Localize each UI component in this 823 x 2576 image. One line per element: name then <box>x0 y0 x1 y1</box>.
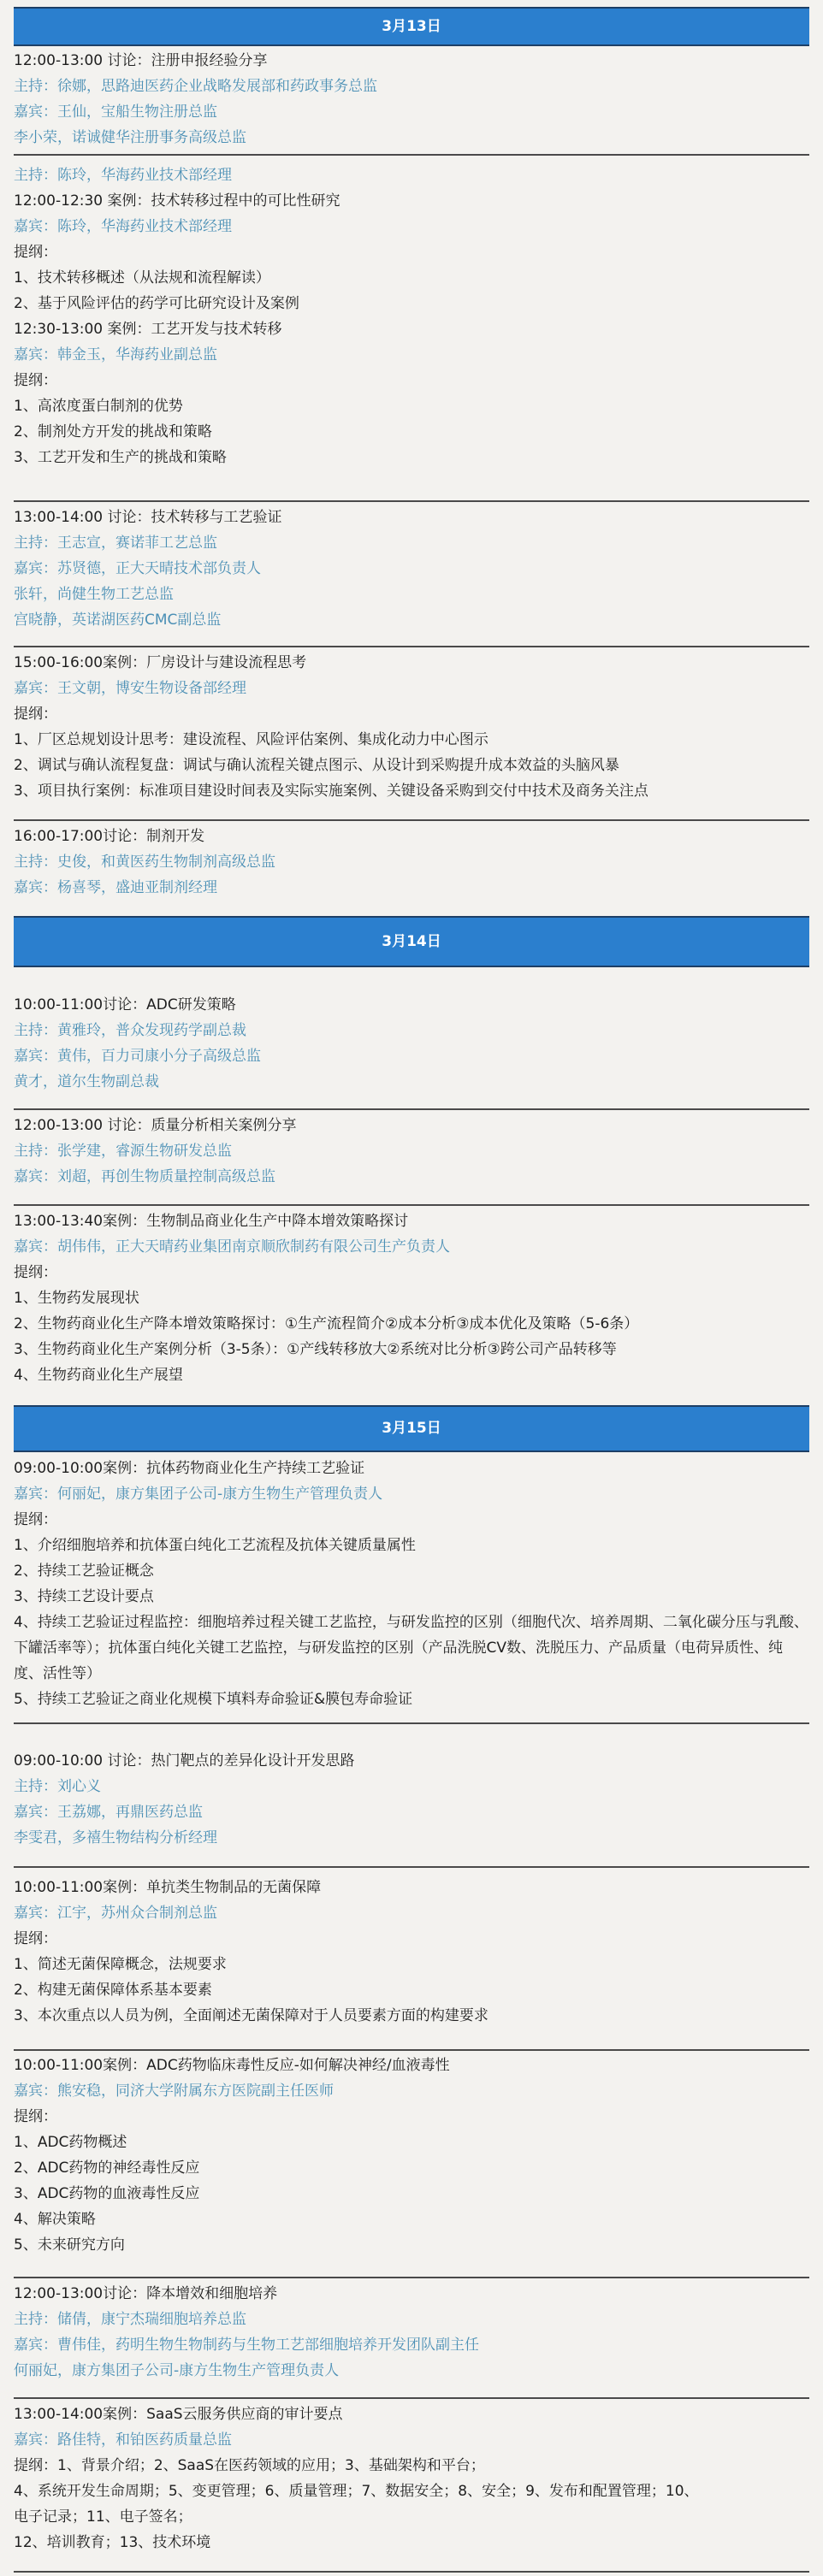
guest-line: 嘉宾：杨喜琴，盛迪亚制剂经理 <box>14 875 809 901</box>
section-divider <box>14 2049 809 2051</box>
outline-item: 4、持续工艺验证过程监控：细胞培养过程关键工艺监控，与研发监控的区别（细胞代次、… <box>14 1610 809 1687</box>
session-hot-target-discussion: 09:00-10:00 讨论：热门靶点的差异化设计开发思路 主持：刘心义 嘉宾：… <box>14 1748 809 1851</box>
guest-line: 张轩，尚健生物工艺总监 <box>14 582 809 607</box>
outline-item: 1、高浓度蛋白制剂的优势 <box>14 393 809 419</box>
session-title: 16:00-17:00讨论：制剂开发 <box>14 824 809 849</box>
guest-line: 嘉宾：路佳特，和铂医药质量总监 <box>14 2427 809 2453</box>
session-title: 10:00-11:00讨论：ADC研发策略 <box>14 992 809 1018</box>
session-tech-transfer-cases: 主持：陈玲，华海药业技术部经理 12:00-12:30 案例：技术转移过程中的可… <box>14 162 809 470</box>
section-divider <box>14 646 809 647</box>
session-title: 15:00-16:00案例：厂房设计与建设流程思考 <box>14 650 809 676</box>
host-line: 主持：王志宣，赛诺菲工艺总监 <box>14 530 809 556</box>
session-registration-discussion: 12:00-13:00 讨论：注册申报经验分享 主持：徐娜，思路迪医药企业战略发… <box>14 48 809 151</box>
outline-item: 3、本次重点以人员为例，全面阐述无菌保障对于人员要素方面的构建要求 <box>14 2003 809 2029</box>
outline-item: 1、简述无菌保障概念，法规要求 <box>14 1952 809 1977</box>
section-divider <box>14 819 809 821</box>
guest-line: 李小荣，诺诚健华注册事务高级总监 <box>14 125 809 151</box>
section-divider <box>14 2571 809 2573</box>
outline-item: 2、基于风险评估的药学可比研究设计及案例 <box>14 291 809 316</box>
outline-item: 3、生物药商业化生产案例分析（3-5条）：①产线转移放大②系统对比分析③跨公司产… <box>14 1337 809 1362</box>
session-adc-strategy-discussion: 10:00-11:00讨论：ADC研发策略 主持：黄雅玲，普众发现药学副总裁 嘉… <box>14 992 809 1095</box>
host-line: 主持：储倩，康宁杰瑞细胞培养总监 <box>14 2307 809 2332</box>
session-title: 13:00-14:00 讨论：技术转移与工艺验证 <box>14 505 809 530</box>
day-header-mar14: 3月14日 <box>14 916 809 967</box>
outline-item: 4、生物药商业化生产展望 <box>14 1362 809 1388</box>
outline-item: 1、ADC药物概述 <box>14 2130 809 2155</box>
guest-line: 嘉宾：苏贤德，正大天晴技术部负责人 <box>14 556 809 582</box>
guest-line: 嘉宾：王文朝，博安生物设备部经理 <box>14 676 809 701</box>
outline-item: 4、系统开发生命周期；5、变更管理；6、质量管理；7、数据安全；8、安全；9、发… <box>14 2479 809 2504</box>
day-header-mar15: 3月15日 <box>14 1405 809 1452</box>
guest-line: 嘉宾：王荔娜，再鼎医药总监 <box>14 1799 809 1825</box>
outline-label: 提纲： <box>14 2104 809 2130</box>
guest-line: 嘉宾：黄伟，百力司康小分子高级总监 <box>14 1043 809 1069</box>
session-quality-analysis-discussion: 12:00-13:00 讨论：质量分析相关案例分享 主持：张学建，睿源生物研发总… <box>14 1113 809 1190</box>
guest-line: 嘉宾：王仙，宝船生物注册总监 <box>14 99 809 125</box>
guest-line: 宫晓静，英诺湖医药CMC副总监 <box>14 607 809 633</box>
session-process-validation-discussion: 13:00-14:00 讨论：技术转移与工艺验证 主持：王志宣，赛诺菲工艺总监 … <box>14 505 809 633</box>
guest-line: 嘉宾：陈玲，华海药业技术部经理 <box>14 214 809 239</box>
session-title: 09:00-10:00 讨论：热门靶点的差异化设计开发思路 <box>14 1748 809 1774</box>
session-title: 12:00-12:30 案例：技术转移过程中的可比性研究 <box>14 188 809 214</box>
section-divider <box>14 500 809 502</box>
host-line: 主持：史俊，和黄医药生物制剂高级总监 <box>14 849 809 875</box>
guest-line: 嘉宾：刘超，再创生物质量控制高级总监 <box>14 1164 809 1190</box>
host-line: 主持：黄雅玲，普众发现药学副总裁 <box>14 1018 809 1043</box>
guest-line: 嘉宾：江宇，苏州众合制剂总监 <box>14 1900 809 1926</box>
section-divider <box>14 2397 809 2399</box>
outline-item: 2、生物药商业化生产降本增效策略探讨：①生产流程简介②成本分析③成本优化及策略（… <box>14 1311 809 1337</box>
outline-item: 12、培训教育；13、技术环境 <box>14 2530 809 2555</box>
outline-item: 2、调试与确认流程复盘：调试与确认流程关键点图示、从设计到采购提升成本效益的头脑… <box>14 753 809 778</box>
session-title: 12:00-13:00讨论：降本增效和细胞培养 <box>14 2281 809 2307</box>
outline-item: 3、项目执行案例：标准项目建设时间表及实际实施案例、关键设备采购到交付中技术及商… <box>14 778 809 804</box>
guest-line: 黄才，道尔生物副总裁 <box>14 1069 809 1095</box>
section-divider <box>14 1866 809 1868</box>
session-title: 12:00-13:00 讨论：质量分析相关案例分享 <box>14 1113 809 1138</box>
outline-item: 1、介绍细胞培养和抗体蛋白纯化工艺流程及抗体关键质量属性 <box>14 1533 809 1558</box>
outline-label: 提纲： <box>14 1260 809 1285</box>
session-plant-design-case: 15:00-16:00案例：厂房设计与建设流程思考 嘉宾：王文朝，博安生物设备部… <box>14 650 809 804</box>
outline-label: 提纲： <box>14 701 809 727</box>
host-line: 主持：刘心义 <box>14 1774 809 1799</box>
guest-line: 嘉宾：熊安稳，同济大学附属东方医院副主任医师 <box>14 2078 809 2104</box>
outline-label: 提纲： <box>14 239 809 265</box>
session-title: 13:00-14:00案例：SaaS云服务供应商的审计要点 <box>14 2402 809 2427</box>
outline-item: 4、解决策略 <box>14 2207 809 2232</box>
session-title: 12:30-13:00 案例：工艺开发与技术转移 <box>14 316 809 342</box>
outline-label: 提纲： <box>14 1507 809 1533</box>
guest-line: 李雯君，多禧生物结构分析经理 <box>14 1825 809 1851</box>
outline-item: 3、ADC药物的血液毒性反应 <box>14 2181 809 2207</box>
day-label: 3月14日 <box>382 933 441 950</box>
host-line: 主持：徐娜，思路迪医药企业战略发展部和药政事务总监 <box>14 74 809 99</box>
session-adc-toxicity-case: 10:00-11:00案例：ADC药物临床毒性反应-如何解决神经/血液毒性 嘉宾… <box>14 2053 809 2258</box>
outline-label: 提纲： <box>14 368 809 393</box>
session-title: 10:00-11:00案例：ADC药物临床毒性反应-如何解决神经/血液毒性 <box>14 2053 809 2078</box>
guest-line: 嘉宾：何丽妃，康方集团子公司-康方生物生产管理负责人 <box>14 1481 809 1507</box>
session-title: 13:00-13:40案例：生物制品商业化生产中降本增效策略探讨 <box>14 1208 809 1234</box>
outline-item: 提纲：1、背景介绍；2、SaaS在医药领域的应用；3、基础架构和平台； <box>14 2453 809 2479</box>
session-title: 09:00-10:00案例：抗体药物商业化生产持续工艺验证 <box>14 1456 809 1481</box>
day-label: 3月15日 <box>382 1420 441 1437</box>
outline-item: 3、持续工艺设计要点 <box>14 1584 809 1610</box>
host-line: 主持：张学建，睿源生物研发总监 <box>14 1138 809 1164</box>
session-saas-audit-case: 13:00-14:00案例：SaaS云服务供应商的审计要点 嘉宾：路佳特，和铂医… <box>14 2402 809 2555</box>
outline-item: 2、构建无菌保障体系基本要素 <box>14 1977 809 2003</box>
outline-item: 1、厂区总规划设计思考：建设流程、风险评估案例、集成化动力中心图示 <box>14 727 809 753</box>
session-cell-culture-discussion: 12:00-13:00讨论：降本增效和细胞培养 主持：储倩，康宁杰瑞细胞培养总监… <box>14 2281 809 2384</box>
section-divider <box>14 154 809 156</box>
session-title: 12:00-13:00 讨论：注册申报经验分享 <box>14 48 809 74</box>
session-cpv-case: 09:00-10:00案例：抗体药物商业化生产持续工艺验证 嘉宾：何丽妃，康方集… <box>14 1456 809 1712</box>
outline-label: 提纲： <box>14 1926 809 1952</box>
section-divider <box>14 1108 809 1110</box>
session-sterility-assurance-case: 10:00-11:00案例：单抗类生物制品的无菌保障 嘉宾：江宇，苏州众合制剂总… <box>14 1875 809 2029</box>
session-cost-reduction-case: 13:00-13:40案例：生物制品商业化生产中降本增效策略探讨 嘉宾：胡伟伟，… <box>14 1208 809 1388</box>
guest-line: 何丽妃，康方集团子公司-康方生物生产管理负责人 <box>14 2358 809 2384</box>
outline-item: 3、工艺开发和生产的挑战和策略 <box>14 445 809 470</box>
outline-item: 电子记录；11、电子签名； <box>14 2504 809 2530</box>
session-formulation-discussion: 16:00-17:00讨论：制剂开发 主持：史俊，和黄医药生物制剂高级总监 嘉宾… <box>14 824 809 901</box>
day-header-mar13: 3月13日 <box>14 7 809 46</box>
host-line: 主持：陈玲，华海药业技术部经理 <box>14 162 809 188</box>
outline-item: 1、技术转移概述（从法规和流程解读） <box>14 265 809 291</box>
session-title: 10:00-11:00案例：单抗类生物制品的无菌保障 <box>14 1875 809 1900</box>
outline-item: 2、ADC药物的神经毒性反应 <box>14 2155 809 2181</box>
outline-item: 2、制剂处方开发的挑战和策略 <box>14 419 809 445</box>
outline-item: 2、持续工艺验证概念 <box>14 1558 809 1584</box>
section-divider <box>14 1722 809 1724</box>
section-divider <box>14 2277 809 2278</box>
outline-item: 5、未来研究方向 <box>14 2232 809 2258</box>
outline-item: 1、生物药发展现状 <box>14 1285 809 1311</box>
outline-item: 5、持续工艺验证之商业化规模下填料寿命验证&膜包寿命验证 <box>14 1687 809 1712</box>
guest-line: 嘉宾：曹伟佳，药明生物生物制药与生物工艺部细胞培养开发团队副主任 <box>14 2332 809 2358</box>
guest-line: 嘉宾：胡伟伟，正大天晴药业集团南京顺欣制药有限公司生产负责人 <box>14 1234 809 1260</box>
guest-line: 嘉宾：韩金玉，华海药业副总监 <box>14 342 809 368</box>
section-divider <box>14 1204 809 1206</box>
day-label: 3月13日 <box>382 18 441 35</box>
